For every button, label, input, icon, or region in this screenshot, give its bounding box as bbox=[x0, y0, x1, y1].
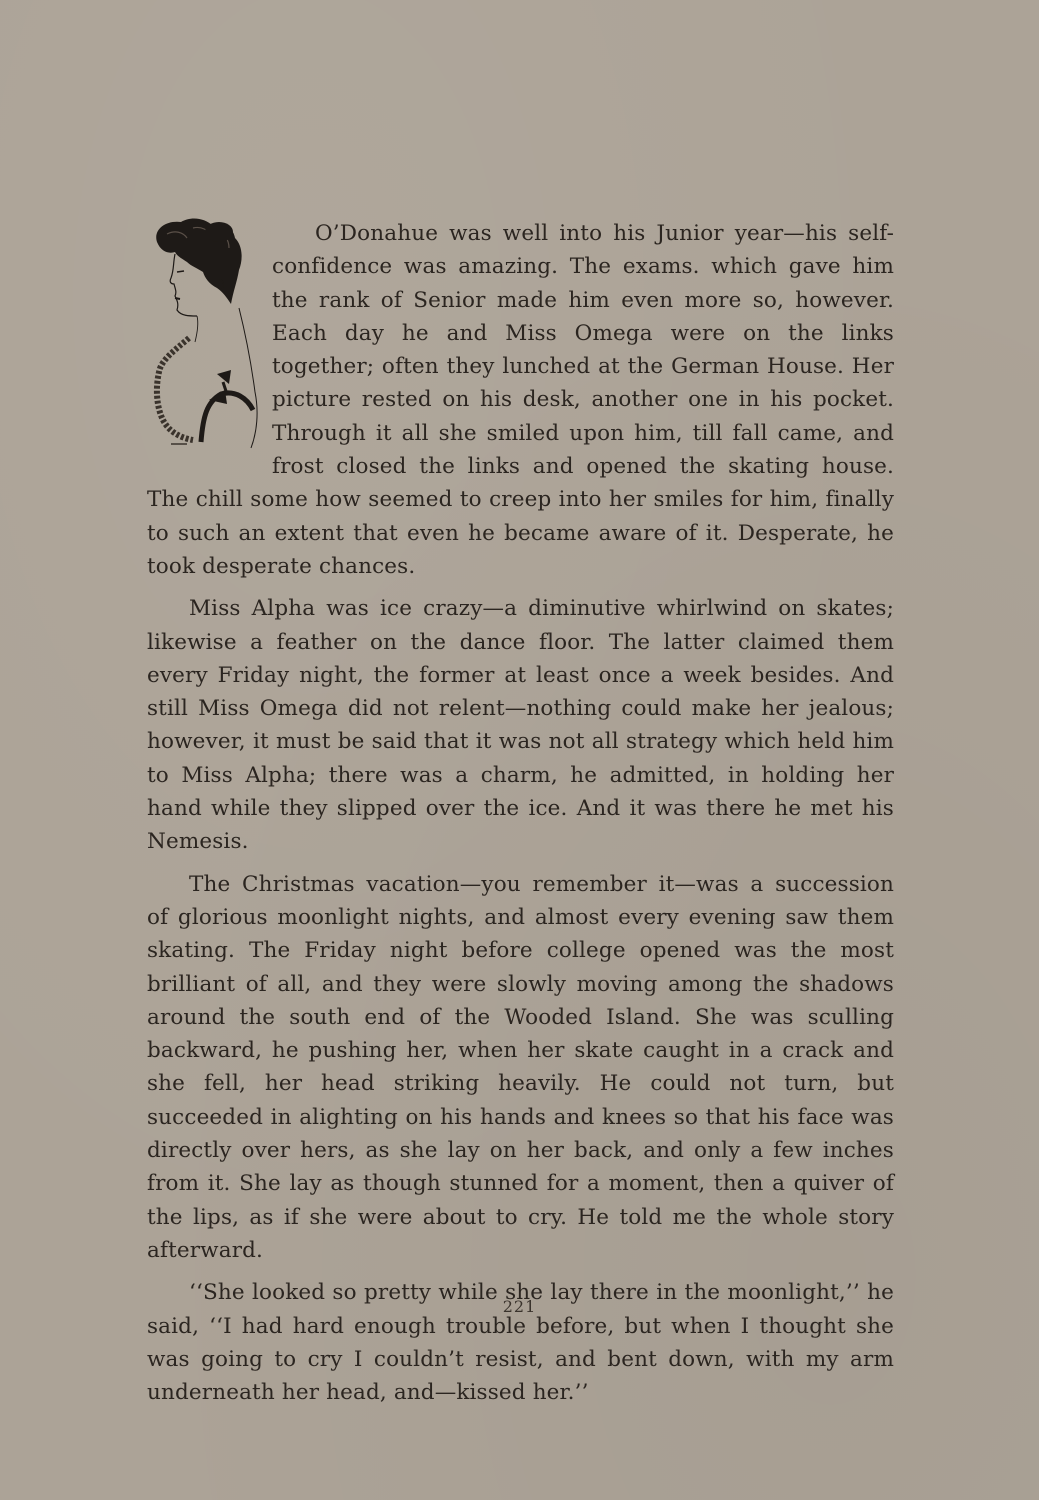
paragraph-2: Miss Alpha was ice crazy—a diminutive wh… bbox=[147, 592, 894, 858]
body-text: O’Donahue was well into his Junior year—… bbox=[147, 217, 894, 1418]
page-number: 221 bbox=[0, 1297, 1039, 1316]
woman-profile-illustration bbox=[147, 212, 272, 452]
paragraph-3: The Christmas vacation—you remember it—w… bbox=[147, 868, 894, 1268]
book-page: O’Donahue was well into his Junior year—… bbox=[0, 0, 1039, 1500]
portrait-sketch-icon bbox=[147, 212, 272, 452]
